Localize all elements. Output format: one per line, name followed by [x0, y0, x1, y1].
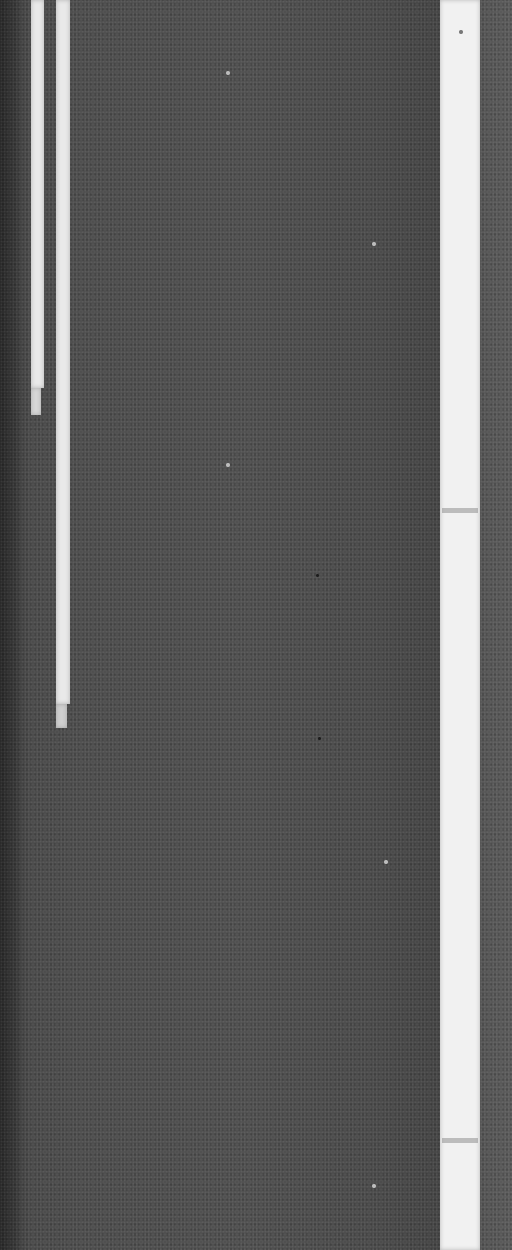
left-lane-marking-outer-end — [31, 388, 41, 415]
left-lane-marking-outer — [31, 0, 44, 388]
pebble — [226, 463, 230, 467]
pebble — [384, 860, 388, 864]
left-lane-marking-inner-end — [56, 704, 67, 728]
paint-joint — [442, 508, 478, 513]
pebble — [316, 574, 319, 577]
left-lane-marking-inner — [56, 0, 70, 704]
paint-blemish — [459, 30, 463, 34]
road-surface — [0, 0, 512, 1250]
pebble — [226, 71, 230, 75]
pebble — [372, 1184, 376, 1188]
pebble — [372, 242, 376, 246]
pebble — [318, 737, 321, 740]
right-edge-line — [440, 0, 480, 1250]
paint-joint — [442, 1138, 478, 1143]
asphalt-texture — [0, 0, 512, 1250]
